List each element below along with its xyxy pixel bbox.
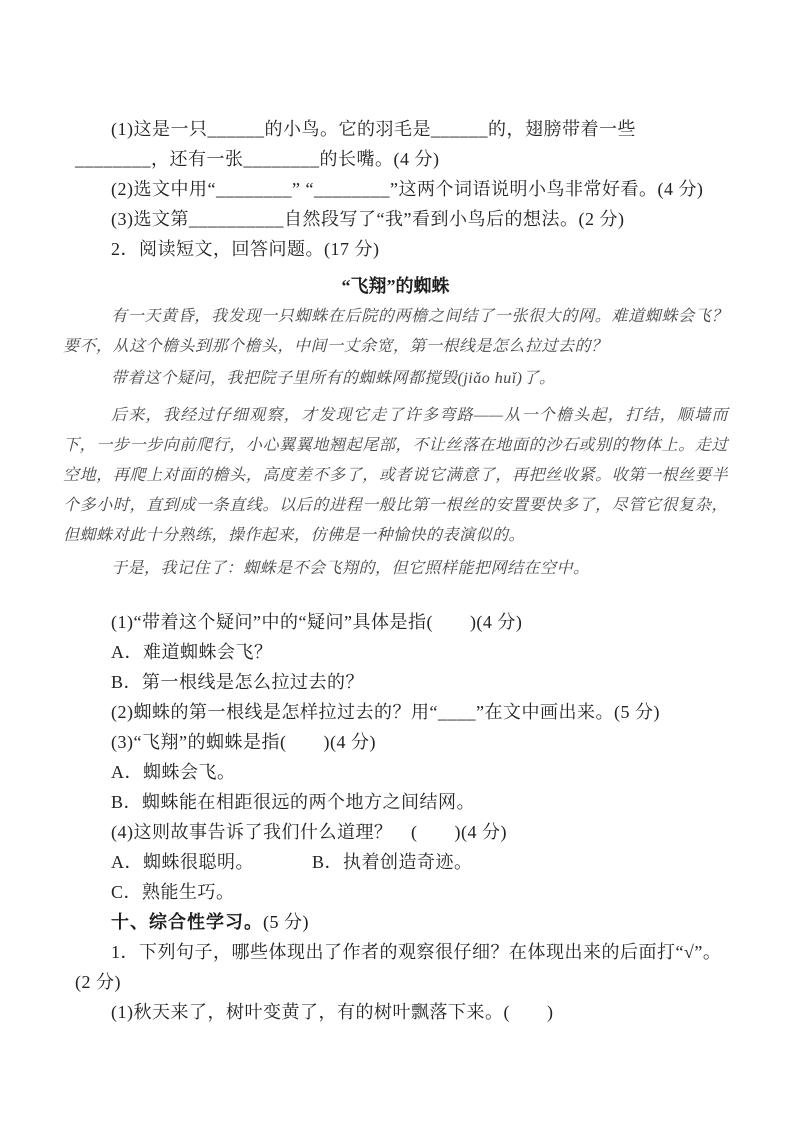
reading2-question-4-option-a: A．蜘蛛很聪明。 <box>111 852 254 872</box>
page-content: (1)这是一只______的小鸟。它的羽毛是______的，翅膀带着一些____… <box>63 114 728 1027</box>
passage-paragraph-1: 有一天黄昏，我发现一只蜘蛛在后院的两檐之间结了一张很大的网。难道蜘蛛会飞？要不，… <box>63 302 728 362</box>
section10-heading-score: (5 分) <box>263 912 309 932</box>
reading2-question-1: (1)“带着这个疑问”中的“疑问”具体是指( )(4 分) <box>75 607 728 637</box>
reading2-question-3-option-a: A．蜘蛛会飞。 <box>75 757 728 787</box>
reading2-question-3: (3)“飞翔”的蜘蛛是指( )(4 分) <box>75 727 728 757</box>
reading1-question-1: (1)这是一只______的小鸟。它的羽毛是______的，翅膀带着一些____… <box>75 114 728 174</box>
reading2-question-1-option-a: A．难道蜘蛛会飞？ <box>75 637 728 667</box>
section10-question-1: 1．下列句子，哪些体现出了作者的观察很仔细？在体现出来的后面打“√”。(2 分) <box>75 937 728 997</box>
reading2-question-4: (4)这则故事告诉了我们什么道理？ ( )(4 分) <box>75 817 728 847</box>
reading2-question-4-option-b: B．执着创造奇迹。 <box>312 852 473 872</box>
reading1-question-2: (2)选文中用“________” “________”这两个词语说明小鸟非常好… <box>75 174 728 204</box>
reading2-question-3-option-b: B．蜘蛛能在相距很远的两个地方之间结网。 <box>75 787 728 817</box>
section10-heading: 十、综合性学习。(5 分) <box>75 907 728 937</box>
passage-paragraph-3: 后来，我经过仔细观察，才发现它走了许多弯路——从一个檐头起，打结，顺墙而下，一步… <box>63 401 728 551</box>
reading2-question-4-option-c: C．熟能生巧。 <box>75 877 728 907</box>
passage-paragraph-2: 带着这个疑问，我把院子里所有的蜘蛛网都搅毁(jiǎo huǐ)了。 <box>63 364 728 394</box>
reading2-question-2: (2)蜘蛛的第一根线是怎样拉过去的？用“____”在文中画出来。(5 分) <box>75 697 728 727</box>
reading2-question-4-options-row: A．蜘蛛很聪明。 B．执着创造奇迹。 <box>75 847 728 877</box>
reading2-header: 2．阅读短文，回答问题。(17 分) <box>75 234 728 264</box>
reading2-question-1-option-b: B．第一根线是怎么拉过去的？ <box>75 667 728 697</box>
section10-heading-label: 十、综合性学习。 <box>111 912 263 932</box>
section10-question-1-item-1: (1)秋天来了，树叶变黄了，有的树叶飘落下来。( ) <box>75 997 728 1027</box>
test-paper-page: (1)这是一只______的小鸟。它的羽毛是______的，翅膀带着一些____… <box>0 0 793 1122</box>
passage-title: “飞翔”的蜘蛛 <box>63 271 728 301</box>
passage-paragraph-4: 于是，我记住了：蜘蛛是不会飞翔的，但它照样能把网结在空中。 <box>63 554 728 584</box>
reading1-question-3: (3)选文第__________自然段写了“我”看到小鸟后的想法。(2 分) <box>75 204 728 234</box>
